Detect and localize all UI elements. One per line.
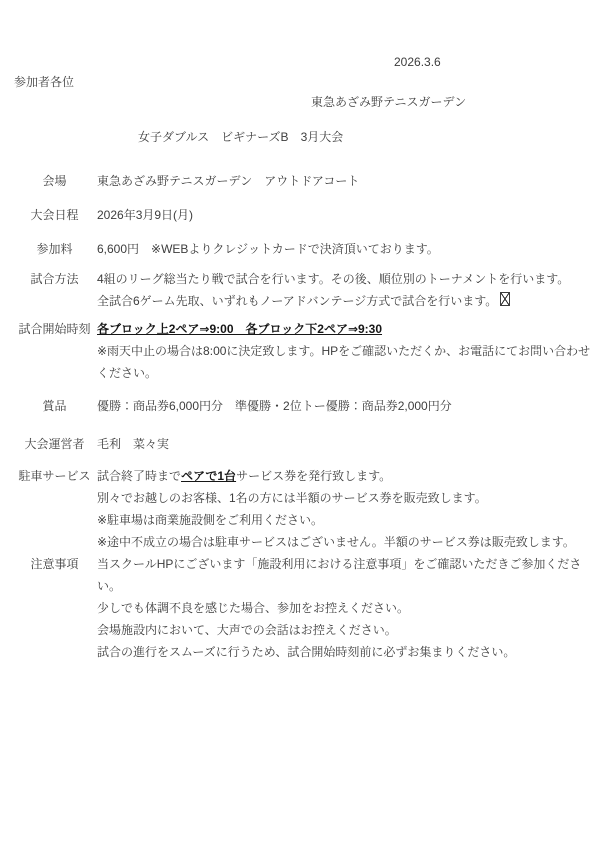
text-segment: 優勝：商品券6,000円分 準優勝・2位トー優勝：商品券2,000円分 (97, 399, 452, 413)
section-label: 会場 (14, 170, 95, 192)
section-line: ※途中不成立の場合は駐車サービスはございません。半額のサービス券は販売致します。 (97, 531, 600, 553)
section-line: 毛利 菜々実 (97, 433, 600, 455)
text-segment: サービス券を発行致します。 (236, 469, 391, 483)
section-line: 東急あざみ野テニスガーデン アウトドアコート (97, 170, 600, 192)
section-start-time: 試合開始時刻各ブロック上2ペア⇒9:00 各ブロック下2ペア⇒9:30※雨天中止… (0, 318, 600, 384)
section-line: 全試合6ゲーム先取、いずれもノーアドバンテージ方式で試合を行います。 (97, 290, 600, 312)
section-label: 大会日程 (14, 204, 95, 226)
section-label: 大会運営者 (14, 433, 95, 455)
section-value: 東急あざみ野テニスガーデン アウトドアコート (97, 170, 600, 192)
sender-line: 東急あざみ野テニスガーデン (0, 92, 600, 112)
section-value: 優勝：商品券6,000円分 準優勝・2位トー優勝：商品券2,000円分 (97, 395, 600, 417)
section-label: 試合方法 (14, 268, 95, 290)
text-segment: 試合の進行をスムーズに行うため、試合開始時刻前に必ずお集まりください。 (97, 645, 515, 659)
document-title: 女子ダブルス ビギナーズB 3月大会 (0, 126, 600, 148)
section-line: ※駐車場は商業施設側をご利用ください。 (97, 509, 600, 531)
text-segment: 別々でお越しのお客様、1名の方には半額のサービス券を販売致します。 (97, 491, 487, 505)
section-line: 別々でお越しのお客様、1名の方には半額のサービス券を販売致します。 (97, 487, 600, 509)
section-line: 少しでも体調不良を感じた場合、参加をお控えください。 (97, 597, 600, 619)
section-value: 当スクールHPにございます「施設利用における注意事項」をご確認いただきご参加くだ… (97, 553, 600, 663)
section-value: 2026年3月9日(月) (97, 204, 600, 226)
text-segment: ※雨天中止の場合は8:00に決定致します。HPをご確認いただくか、お電話にてお問… (97, 344, 590, 358)
recipient-line: 参加者各位 (0, 72, 600, 92)
document-date: 2026.3.6 (0, 52, 600, 72)
section-line: 各ブロック上2ペア⇒9:00 各ブロック下2ペア⇒9:30 (97, 318, 600, 340)
text-segment: ください。 (97, 366, 157, 380)
text-segment: 毛利 菜々実 (97, 437, 169, 451)
text-segment: 会場施設内において、大声での会話はお控えください。 (97, 623, 397, 637)
section-organizer: 大会運営者毛利 菜々実 (0, 433, 600, 455)
section-line: ※雨天中止の場合は8:00に決定致します。HPをご確認いただくか、お電話にてお問… (97, 340, 600, 362)
section-label: 賞品 (14, 395, 95, 417)
text-segment: 6,600円 ※WEBよりクレジットカードで決済頂いております。 (97, 242, 439, 256)
section-value: 毛利 菜々実 (97, 433, 600, 455)
text-segment: 少しでも体調不良を感じた場合、参加をお控えください。 (97, 601, 409, 615)
section-line: 会場施設内において、大声での会話はお控えください。 (97, 619, 600, 641)
text-segment: 試合終了時まで (97, 469, 181, 483)
section-label: 試合開始時刻 (14, 318, 95, 340)
text-segment: ※途中不成立の場合は駐車サービスはございません。半額のサービス券は販売致します。 (97, 535, 575, 549)
text-segment: 全試合6ゲーム先取、いずれもノーアドバンテージ方式で試合を行います。 (97, 294, 497, 308)
text-segment: 当スクールHPにございます「施設利用における注意事項」をご確認いただきご参加くだ… (97, 557, 581, 593)
text-segment: 東急あざみ野テニスガーデン アウトドアコート (97, 174, 359, 188)
section-venue: 会場東急あざみ野テニスガーデン アウトドアコート (0, 170, 600, 192)
missing-glyph-icon (500, 292, 510, 306)
section-value: 試合終了時までペアで1台サービス券を発行致します。別々でお越しのお客様、1名の方… (97, 465, 600, 553)
section-value: 各ブロック上2ペア⇒9:00 各ブロック下2ペア⇒9:30※雨天中止の場合は8:… (97, 318, 600, 384)
section-value: 6,600円 ※WEBよりクレジットカードで決済頂いております。 (97, 238, 600, 260)
text-segment: 2026年3月9日(月) (97, 208, 193, 222)
document-page: 2026.3.6 参加者各位 東急あざみ野テニスガーデン 女子ダブルス ビギナー… (0, 0, 600, 849)
section-line: 優勝：商品券6,000円分 準優勝・2位トー優勝：商品券2,000円分 (97, 395, 600, 417)
sections-list: 会場東急あざみ野テニスガーデン アウトドアコート大会日程2026年3月9日(月)… (0, 170, 600, 663)
section-entry-fee: 参加料6,600円 ※WEBよりクレジットカードで決済頂いております。 (0, 238, 600, 260)
section-line: 2026年3月9日(月) (97, 204, 600, 226)
section-line: 6,600円 ※WEBよりクレジットカードで決済頂いております。 (97, 238, 600, 260)
section-line: 試合終了時までペアで1台サービス券を発行致します。 (97, 465, 600, 487)
section-parking-service: 駐車サービス試合終了時までペアで1台サービス券を発行致します。別々でお越しのお客… (0, 465, 600, 553)
section-value: 4組のリーグ総当たり戦で試合を行います。その後、順位別のトーナメントを行います。… (97, 268, 600, 312)
section-label: 参加料 (14, 238, 95, 260)
section-notes: 注意事項当スクールHPにございます「施設利用における注意事項」をご確認いただきご… (0, 553, 600, 663)
text-segment: 各ブロック上2ペア⇒9:00 各ブロック下2ペア⇒9:30 (97, 322, 382, 336)
section-line: ください。 (97, 362, 600, 384)
section-label: 注意事項 (14, 553, 95, 575)
section-label: 駐車サービス (14, 465, 95, 487)
section-line: 当スクールHPにございます「施設利用における注意事項」をご確認いただきご参加くだ… (97, 553, 600, 597)
section-line: 試合の進行をスムーズに行うため、試合開始時刻前に必ずお集まりください。 (97, 641, 600, 663)
section-line: 4組のリーグ総当たり戦で試合を行います。その後、順位別のトーナメントを行います。 (97, 268, 600, 290)
section-match-format: 試合方法4組のリーグ総当たり戦で試合を行います。その後、順位別のトーナメントを行… (0, 268, 600, 312)
text-segment: ※駐車場は商業施設側をご利用ください。 (97, 513, 323, 527)
text-segment: 4組のリーグ総当たり戦で試合を行います。その後、順位別のトーナメントを行います。 (97, 272, 569, 286)
text-segment: ペアで1台 (181, 469, 236, 483)
section-prizes: 賞品優勝：商品券6,000円分 準優勝・2位トー優勝：商品券2,000円分 (0, 395, 600, 417)
section-event-date: 大会日程2026年3月9日(月) (0, 204, 600, 226)
